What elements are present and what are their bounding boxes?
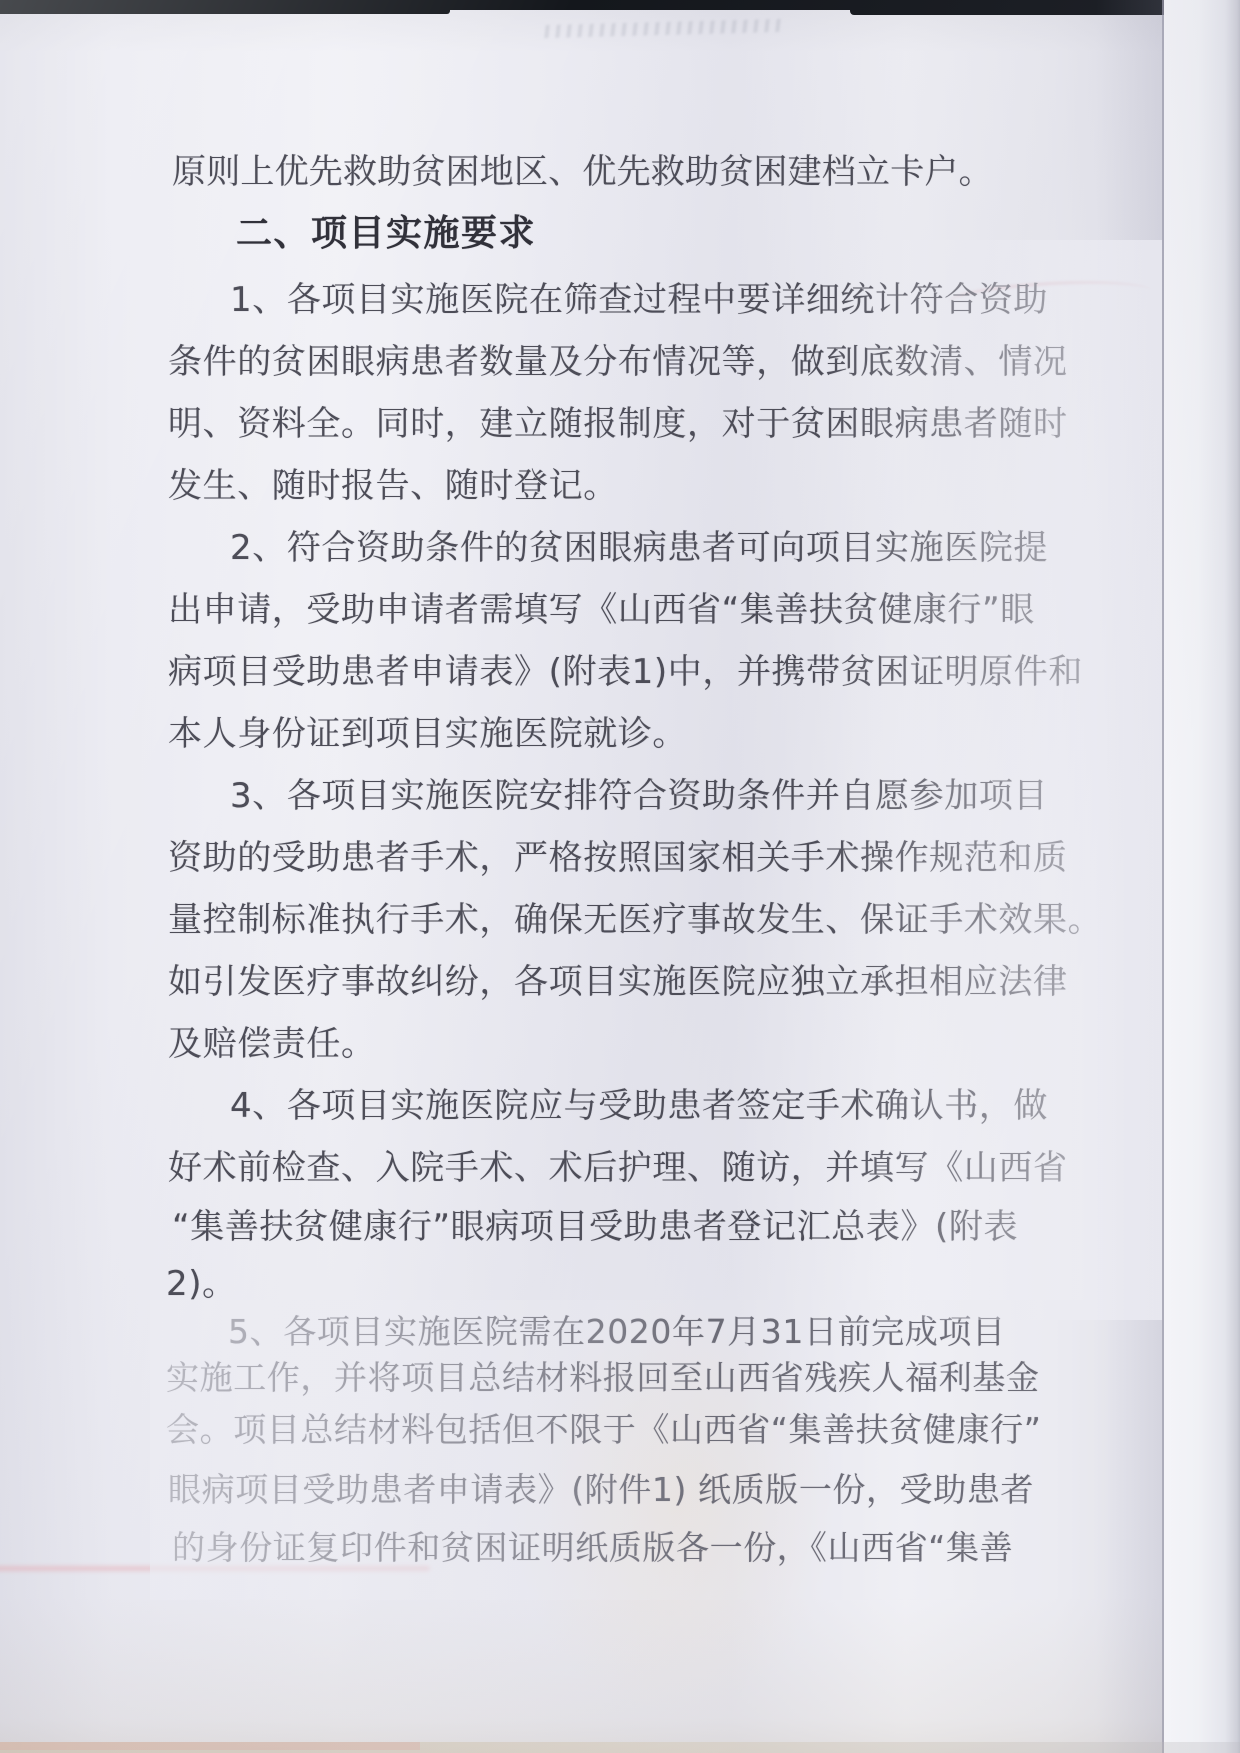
page-fold-line (1162, 0, 1164, 1753)
bottom-left-fade-overlay (150, 1300, 710, 1600)
right-edge-fade-overlay (820, 240, 1162, 1320)
next-page-edge (1164, 0, 1240, 1753)
text-line: 本人身份证到项目实施医院就诊。 (168, 712, 687, 756)
section-heading: 二、项目实施要求 (236, 212, 536, 256)
text-line: 及赔偿责任。 (168, 1022, 376, 1066)
text-line: 发生、随时报告、随时登记。 (168, 464, 618, 508)
scanned-document-page: 原则上优先救助贫困地区、优先救助贫困建档立卡户。 二、项目实施要求 1、各项目实… (0, 0, 1240, 1753)
scan-bottom-edge-tint (0, 1742, 420, 1750)
faint-watermark (544, 19, 780, 38)
intro-text-line: 原则上优先救助贫困地区、优先救助贫困建档立卡户。 (172, 150, 993, 194)
scan-top-edge-left (0, 0, 450, 14)
